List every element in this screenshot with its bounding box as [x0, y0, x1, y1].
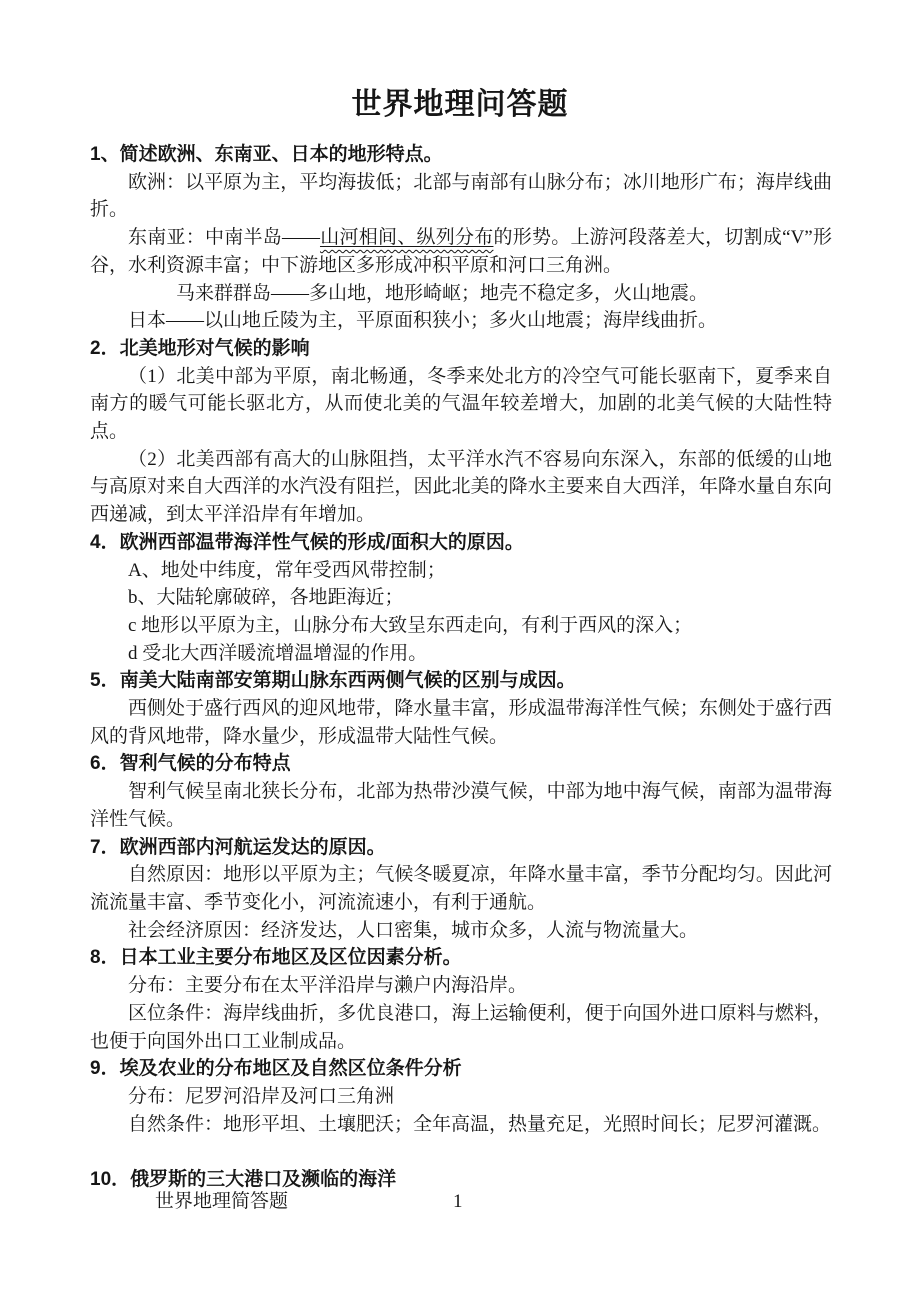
question-heading: 9．埃及农业的分布地区及自然区位条件分析 — [90, 1055, 832, 1083]
page-title: 世界地理问答题 — [0, 0, 920, 126]
answer-paragraph: 马来群群岛——多山地，地形崎岖；地壳不稳定多，火山地震。 — [90, 280, 832, 308]
answer-paragraph: 分布：主要分布在太平洋沿岸与濑户内海沿岸。 — [90, 972, 832, 1000]
question-heading: 1、简述欧洲、东南亚、日本的地形特点。 — [90, 141, 832, 169]
answer-paragraph: 日本——以山地丘陵为主，平原面积狭小；多火山地震；海岸线曲折。 — [90, 307, 832, 335]
answer-paragraph: 智利气候呈南北狭长分布，北部为热带沙漠气候，中部为地中海气候，南部为温带海洋性气… — [90, 778, 832, 833]
underlined-phrase: 山河相间、纵列分布 — [320, 227, 493, 248]
answer-paragraph: 自然原因：地形以平原为主；气候冬暖夏凉，年降水量丰富，季节分配均匀。因此河流流量… — [90, 861, 832, 916]
answer-paragraph: （2）北美西部有高大的山脉阻挡，太平洋水汽不容易向东深入，东部的低缓的山地与高原… — [90, 446, 832, 529]
answer-paragraph: 自然条件：地形平坦、土壤肥沃；全年高温，热量充足，光照时间长；尼罗河灌溉。 — [90, 1111, 832, 1139]
answer-paragraph: 区位条件：海岸线曲折，多优良港口，海上运输便利，便于向国外进口原料与燃料，也便于… — [90, 1000, 832, 1055]
question-heading: 6．智利气候的分布特点 — [90, 750, 832, 778]
answer-paragraph: 东南亚：中南半岛——山河相间、纵列分布的形势。上游河段落差大，切割成“V”形谷，… — [90, 224, 832, 279]
underlined-phrase-text: 山河相间、纵列分布 — [320, 227, 493, 248]
answer-paragraph: 社会经济原因：经济发达，人口密集，城市众多，人流与物流量大。 — [90, 917, 832, 945]
question-heading: 8．日本工业主要分布地区及区位因素分析。 — [90, 944, 832, 972]
footer-page-number: 1 — [453, 1190, 463, 1214]
answer-paragraph: A、地处中纬度，常年受西风带控制； — [90, 557, 832, 585]
answer-paragraph: 分布：尼罗河沿岸及河口三角洲 — [90, 1083, 832, 1111]
question-heading: 5．南美大陆南部安第期山脉东西两侧气候的区别与成因。 — [90, 667, 832, 695]
document-body: 1、简述欧洲、东南亚、日本的地形特点。欧洲：以平原为主，平均海拔低；北部与南部有… — [90, 141, 832, 1194]
question-heading: 4．欧洲西部温带海洋性气候的形成/面积大的原因。 — [90, 529, 832, 557]
answer-paragraph: 欧洲：以平原为主，平均海拔低；北部与南部有山脉分布；冰川地形广布；海岸线曲折。 — [90, 169, 832, 224]
answer-paragraph: c 地形以平原为主，山脉分布大致呈东西走向，有利于西风的深入； — [90, 612, 832, 640]
footer-doc-name: 世界地理简答题 — [155, 1190, 288, 1214]
answer-paragraph: d 受北大西洋暖流增温增湿的作用。 — [90, 640, 832, 668]
question-heading: 2．北美地形对气候的影响 — [90, 335, 832, 363]
answer-paragraph: （1）北美中部为平原，南北畅通，冬季来处北方的冷空气可能长驱南下，夏季来自南方的… — [90, 363, 832, 446]
document-page: 世界地理问答题 1、简述欧洲、东南亚、日本的地形特点。欧洲：以平原为主，平均海拔… — [0, 0, 920, 1300]
question-heading: 7．欧洲西部内河航运发达的原因。 — [90, 834, 832, 862]
answer-paragraph: 西侧处于盛行西风的迎风地带，降水量丰富，形成温带海洋性气候；东侧处于盛行西风的背… — [90, 695, 832, 750]
answer-paragraph: b、大陆轮廓破碎，各地距海近； — [90, 584, 832, 612]
